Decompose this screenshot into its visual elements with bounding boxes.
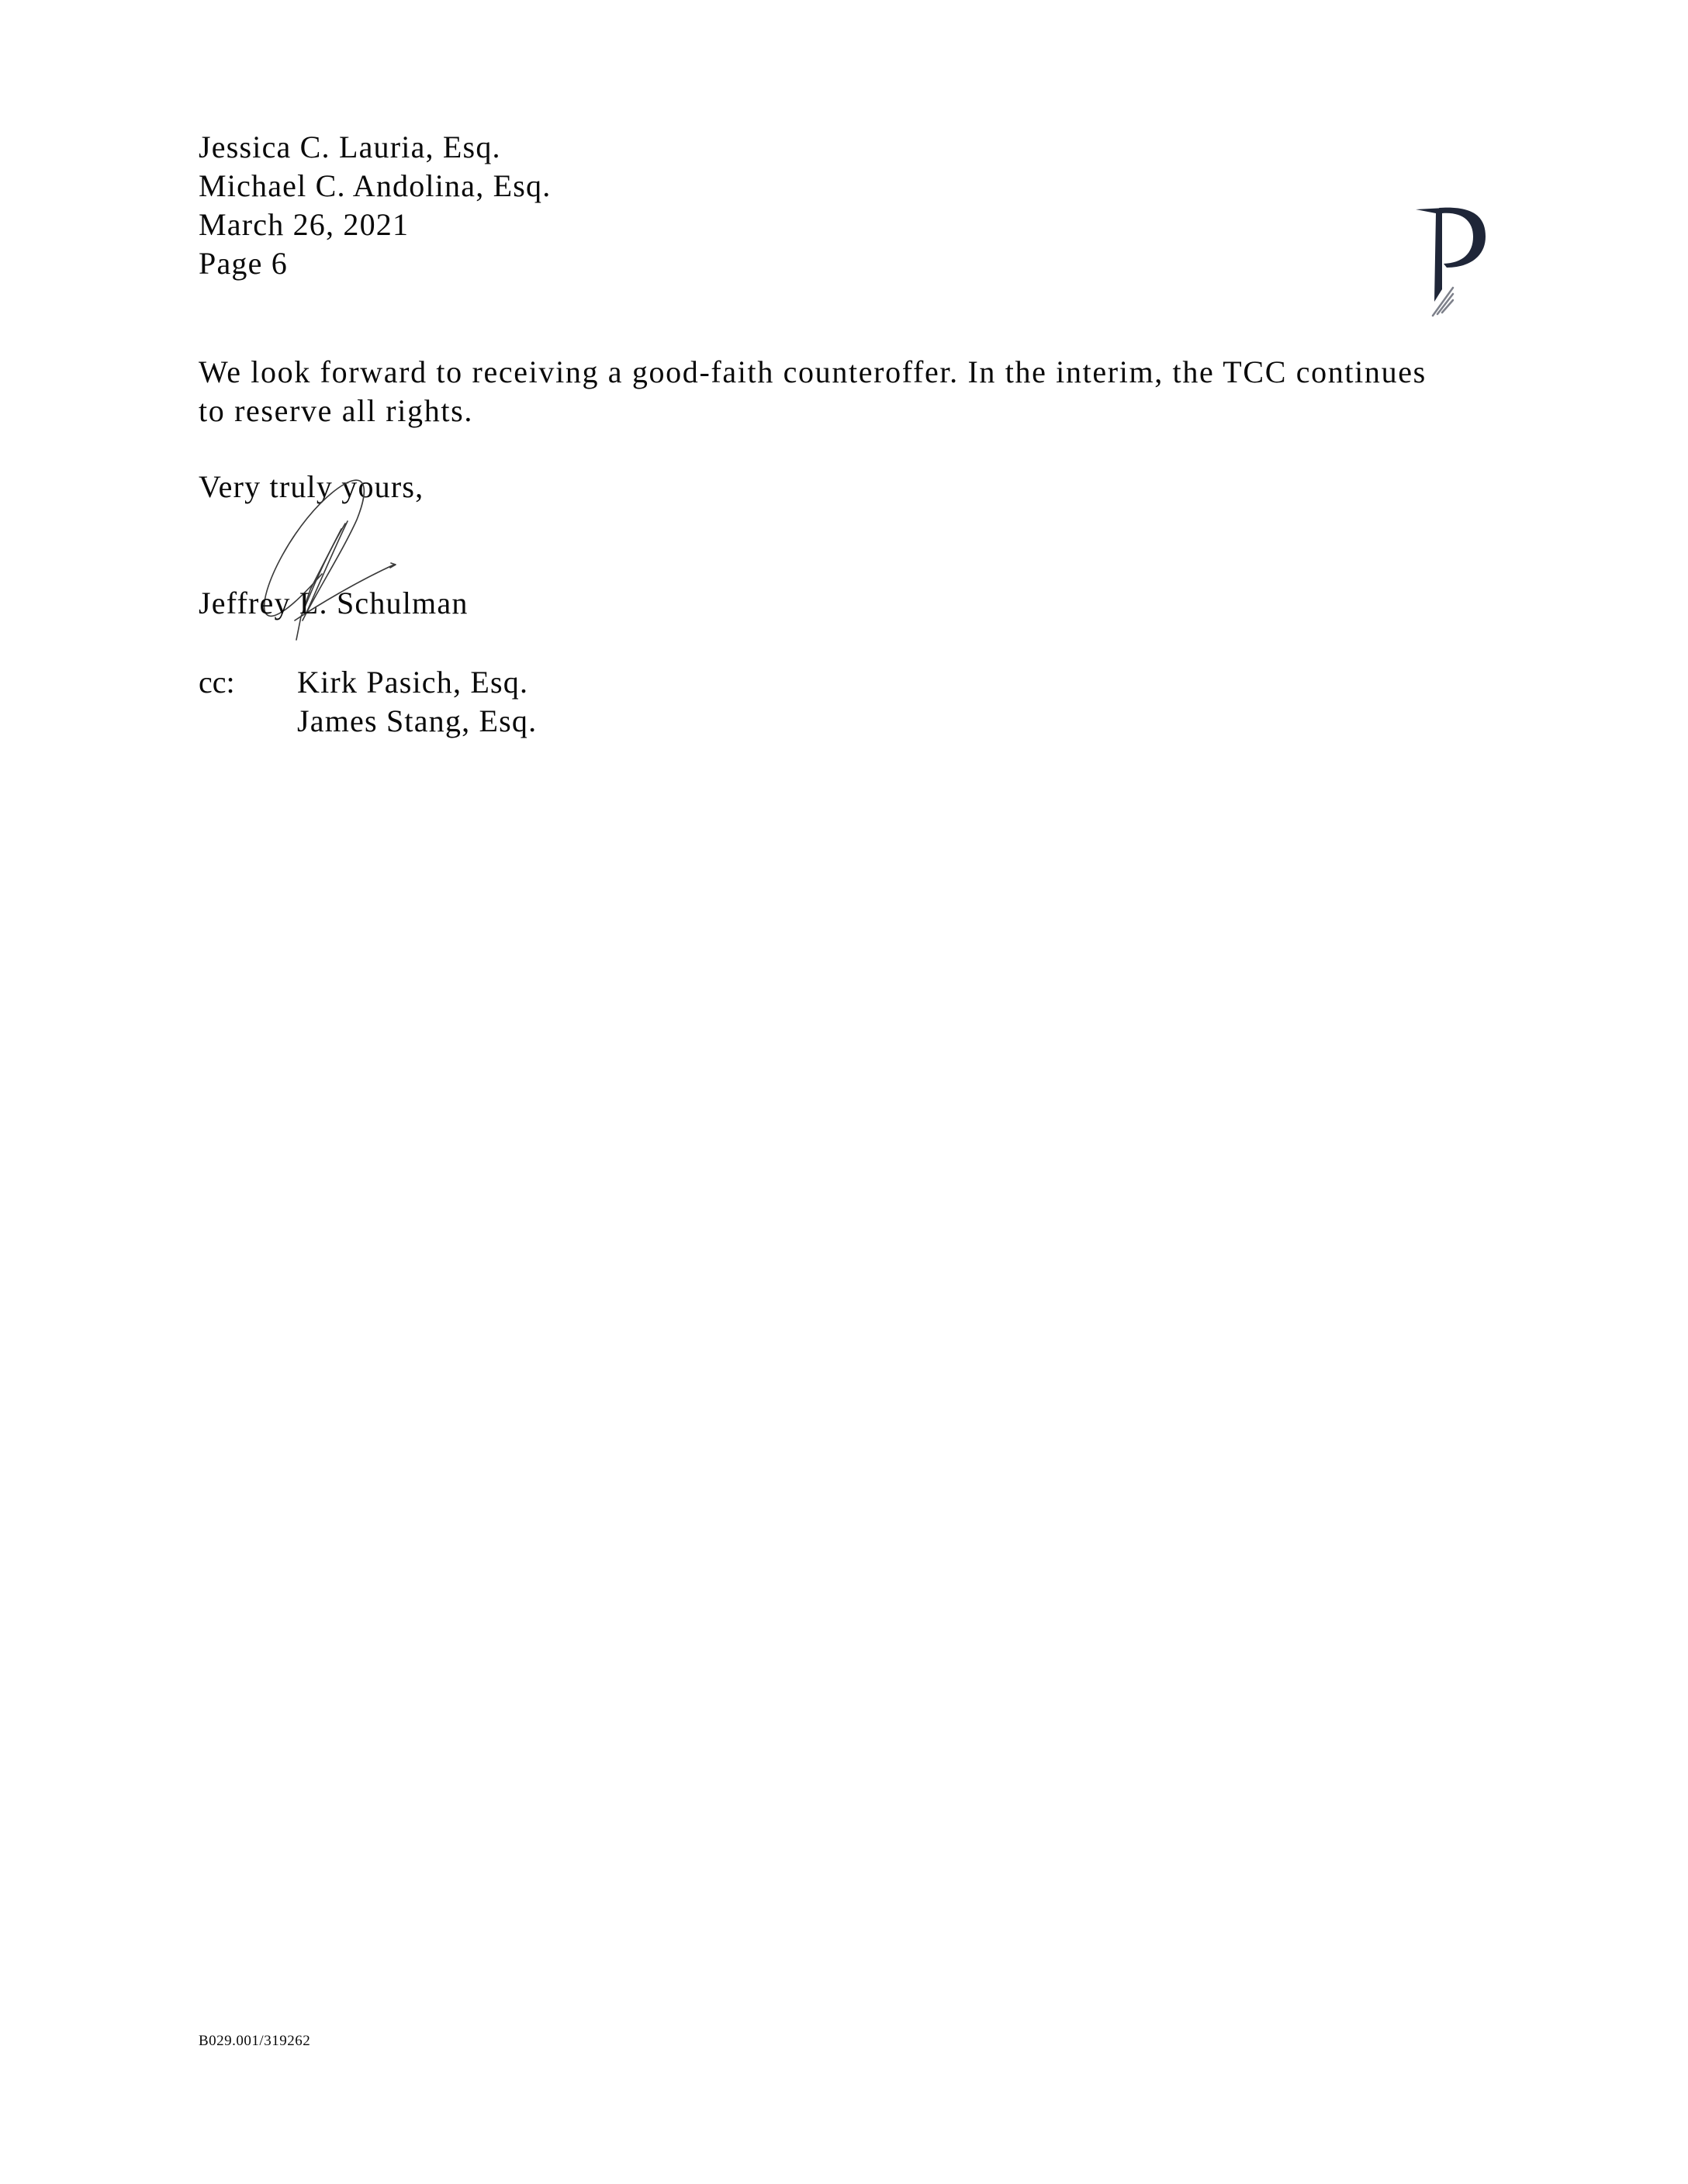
signatory-name: Jeffrey L. Schulman (199, 584, 469, 623)
letter-date: March 26, 2021 (199, 206, 409, 244)
cc-recipient-2: James Stang, Esq. (297, 702, 537, 741)
body-paragraph-line-2: to reserve all rights. (199, 392, 473, 430)
handwritten-signature-icon (248, 465, 419, 651)
firm-p-monogram-icon (1408, 198, 1493, 322)
cc-label: cc: (199, 663, 235, 702)
recipient-2: Michael C. Andolina, Esq. (199, 167, 551, 206)
document-reference-footer: B029.001/319262 (199, 2032, 310, 2051)
letter-page: Jessica C. Lauria, Esq. Michael C. Andol… (0, 0, 1688, 2184)
cc-recipient-1: Kirk Pasich, Esq. (297, 663, 528, 702)
body-paragraph-line-1: We look forward to receiving a good-fait… (199, 353, 1427, 392)
recipient-1: Jessica C. Lauria, Esq. (199, 128, 501, 167)
page-number: Page 6 (199, 244, 288, 283)
